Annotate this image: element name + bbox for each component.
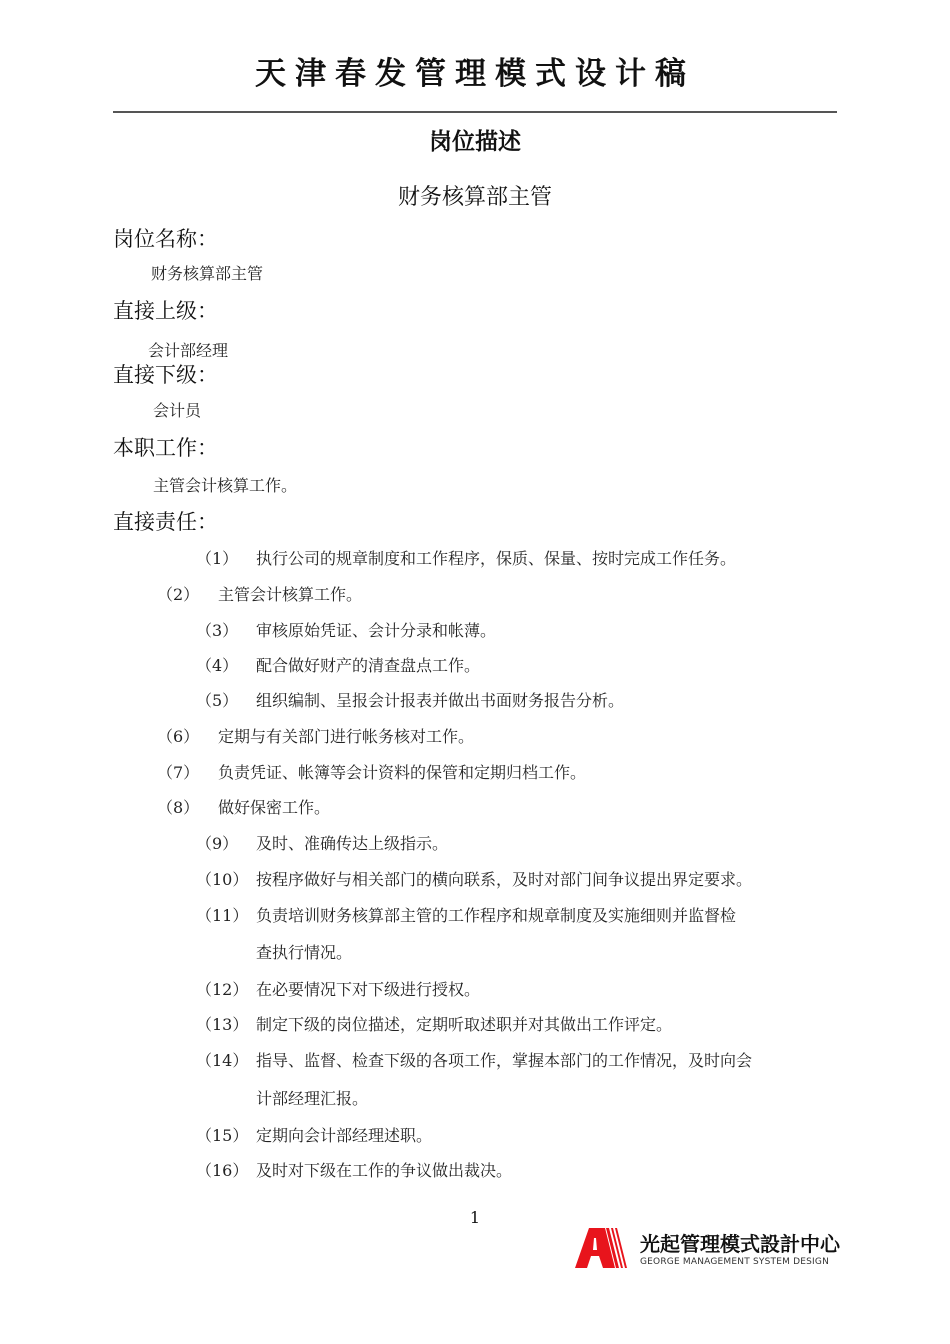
item-number: （11） bbox=[196, 905, 256, 927]
field-label-direct-subordinate: 直接下级： bbox=[113, 361, 218, 389]
item-text: 制定下级的岗位描述，定期听取述职并对其做出工作评定。 bbox=[256, 1015, 672, 1034]
document-header-title: 天津春发管理模式设计稿 bbox=[0, 54, 950, 94]
item-text: 组织编制、呈报会计报表并做出书面财务报告分析。 bbox=[256, 691, 624, 710]
item-number: （15） bbox=[196, 1125, 256, 1147]
logo-name: 光起管理模式設計中心 bbox=[640, 1233, 840, 1255]
field-label-main-work: 本职工作： bbox=[113, 434, 218, 462]
company-logo-icon bbox=[575, 1228, 635, 1268]
list-item: （6）定期与有关部门进行帐务核对工作。 bbox=[157, 726, 474, 748]
list-item: （9）及时、准确传达上级指示。 bbox=[196, 833, 448, 855]
list-item: （1）执行公司的规章制度和工作程序，保质、保量、按时完成工作任务。 bbox=[196, 548, 736, 570]
list-item: （10）按程序做好与相关部门的横向联系，及时对部门间争议提出界定要求。 bbox=[196, 869, 752, 891]
field-value-direct-subordinate: 会计员 bbox=[153, 400, 201, 422]
logo-subtitle: GEORGE MANAGEMENT SYSTEM DESIGN bbox=[640, 1257, 829, 1268]
list-item: （15）定期向会计部经理述职。 bbox=[196, 1125, 432, 1147]
list-item: （3）审核原始凭证、会计分录和帐薄。 bbox=[196, 620, 496, 642]
item-number: （14） bbox=[196, 1050, 256, 1072]
item-text: 及时对下级在工作的争议做出裁决。 bbox=[256, 1161, 512, 1180]
list-item: （12）在必要情况下对下级进行授权。 bbox=[196, 979, 480, 1001]
item-number: （2） bbox=[157, 584, 218, 606]
header-rule bbox=[113, 111, 837, 113]
item-number: （3） bbox=[196, 620, 256, 642]
item-number: （12） bbox=[196, 979, 256, 1001]
item-number: （6） bbox=[157, 726, 218, 748]
list-item-continuation: 查执行情况。 bbox=[256, 942, 352, 964]
item-number: （1） bbox=[196, 548, 256, 570]
list-item: （2）主管会计核算工作。 bbox=[157, 584, 362, 606]
section-title: 岗位描述 bbox=[0, 126, 950, 158]
list-item: （5）组织编制、呈报会计报表并做出书面财务报告分析。 bbox=[196, 690, 624, 712]
field-value-main-work: 主管会计核算工作。 bbox=[153, 475, 297, 497]
item-text: 配合做好财产的清查盘点工作。 bbox=[256, 656, 480, 675]
list-item: （8）做好保密工作。 bbox=[157, 797, 330, 819]
field-label-position-name: 岗位名称： bbox=[113, 225, 218, 253]
list-item: （14）指导、监督、检查下级的各项工作，掌握本部门的工作情况，及时向会 bbox=[196, 1050, 752, 1072]
item-text: 及时、准确传达上级指示。 bbox=[256, 834, 448, 853]
list-item: （16）及时对下级在工作的争议做出裁决。 bbox=[196, 1160, 512, 1182]
field-label-direct-responsibilities: 直接责任： bbox=[113, 508, 218, 536]
item-text: 审核原始凭证、会计分录和帐薄。 bbox=[256, 621, 496, 640]
item-text: 按程序做好与相关部门的横向联系，及时对部门间争议提出界定要求。 bbox=[256, 870, 752, 889]
item-number: （10） bbox=[196, 869, 256, 891]
job-title: 财务核算部主管 bbox=[0, 183, 950, 213]
item-text: 指导、监督、检查下级的各项工作，掌握本部门的工作情况，及时向会 bbox=[256, 1051, 752, 1070]
item-number: （13） bbox=[196, 1014, 256, 1036]
item-text: 执行公司的规章制度和工作程序，保质、保量、按时完成工作任务。 bbox=[256, 549, 736, 568]
item-number: （9） bbox=[196, 833, 256, 855]
item-text: 定期向会计部经理述职。 bbox=[256, 1126, 432, 1145]
list-item-continuation: 计部经理汇报。 bbox=[256, 1088, 368, 1110]
field-label-direct-superior: 直接上级： bbox=[113, 297, 218, 325]
item-text: 做好保密工作。 bbox=[218, 798, 330, 817]
item-text: 主管会计核算工作。 bbox=[218, 585, 362, 604]
item-number: （7） bbox=[157, 762, 218, 784]
item-text: 负责凭证、帐簿等会计资料的保管和定期归档工作。 bbox=[218, 763, 586, 782]
item-number: （4） bbox=[196, 655, 256, 677]
item-number: （5） bbox=[196, 690, 256, 712]
list-item: （4）配合做好财产的清查盘点工作。 bbox=[196, 655, 480, 677]
item-text: 在必要情况下对下级进行授权。 bbox=[256, 980, 480, 999]
page-number: 1 bbox=[0, 1208, 950, 1228]
item-number: （8） bbox=[157, 797, 218, 819]
list-item: （7）负责凭证、帐簿等会计资料的保管和定期归档工作。 bbox=[157, 762, 586, 784]
field-value-direct-superior: 会计部经理 bbox=[148, 340, 228, 362]
list-item: （11）负责培训财务核算部主管的工作程序和规章制度及实施细则并监督检 bbox=[196, 905, 736, 927]
item-text: 负责培训财务核算部主管的工作程序和规章制度及实施细则并监督检 bbox=[256, 906, 736, 925]
item-number: （16） bbox=[196, 1160, 256, 1182]
item-text: 定期与有关部门进行帐务核对工作。 bbox=[218, 727, 474, 746]
field-value-position-name: 财务核算部主管 bbox=[151, 263, 263, 285]
list-item: （13）制定下级的岗位描述，定期听取述职并对其做出工作评定。 bbox=[196, 1014, 672, 1036]
